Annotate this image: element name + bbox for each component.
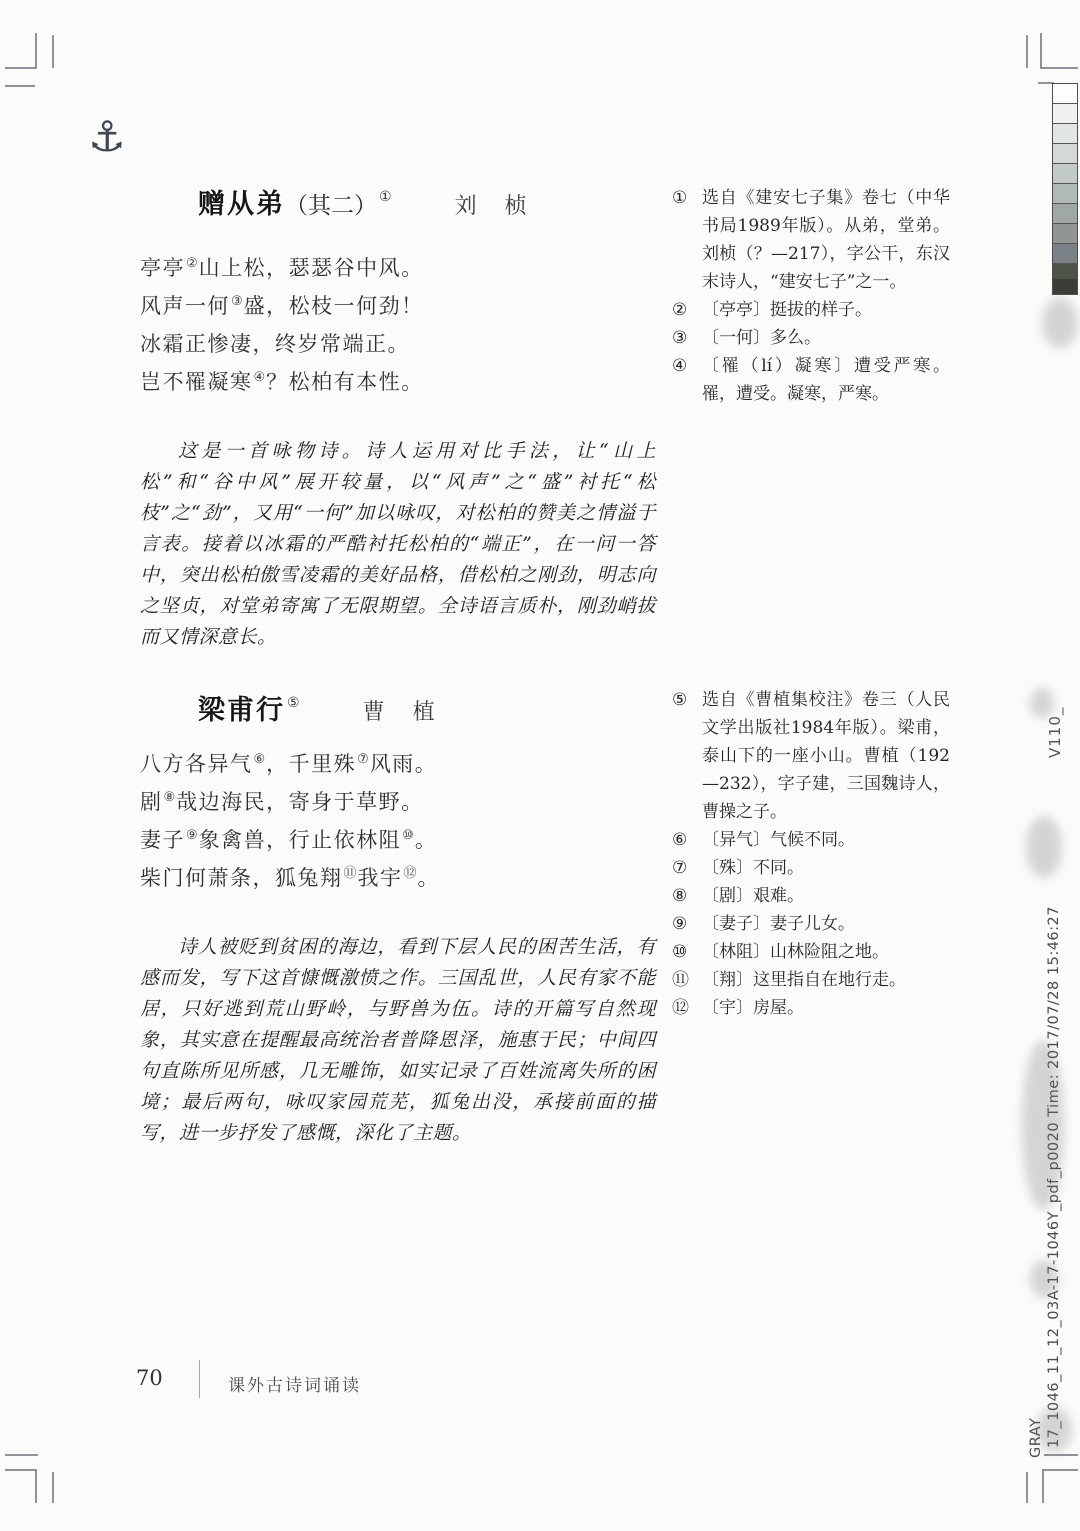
poem2-commentary: 诗人被贬到贫困的海边，看到下层人民的困苦生活，有感而发，写下这首慷慨激愤之作。三…	[140, 932, 656, 1149]
note-ref: ⑦	[357, 752, 369, 767]
crop-mark	[1040, 67, 1078, 69]
poem-line: 冰霜正惨凄，终岁常端正。	[140, 328, 424, 366]
grayscale-step	[1053, 164, 1077, 184]
poem1-note-ref: ①	[379, 189, 392, 205]
note-ref: ⑪	[344, 866, 357, 881]
note-ref: ⑥	[254, 752, 266, 767]
annotation-number: ③	[672, 324, 687, 352]
poem1-annotations: ①选自《建安七子集》卷七（中华书局1989年版）。从弟，堂弟。刘桢（？—217）…	[672, 184, 950, 408]
annotation-number: ⑦	[672, 854, 687, 882]
annotation-number: ⑪	[672, 966, 689, 994]
annotation-item: ⑩〔林阻〕山林险阻之地。	[672, 938, 950, 966]
grayscale-step	[1053, 84, 1077, 104]
poem2-title-row: 梁甫行⑤ 曹 植	[198, 688, 438, 727]
grayscale-step	[1053, 124, 1077, 144]
poem-line: 剧⑧哉边海民，寄身于草野。	[140, 786, 440, 824]
crop-mark	[1044, 1454, 1078, 1456]
scan-smudge	[1026, 816, 1062, 878]
grayscale-step	[1053, 244, 1077, 264]
poem1-commentary: 这是一首咏物诗。诗人运用对比手法，让“山上松”和“谷中风”展开较量，以“风声”之…	[140, 436, 656, 653]
poem2-note-ref: ⑤	[287, 695, 300, 711]
scan-smudge	[1030, 688, 1054, 718]
annotation-text: 〔殊〕不同。	[702, 858, 804, 878]
annotation-text: 〔剧〕艰难。	[702, 886, 804, 906]
scan-smudge	[1030, 1260, 1058, 1298]
crop-mark	[1026, 35, 1028, 68]
grayscale-step	[1053, 204, 1077, 224]
annotation-text: 〔林阻〕山林险阻之地。	[702, 942, 889, 962]
annotation-text: 选自《曹植集校注》卷三（人民文学出版社1984年版）。梁甫，泰山下的一座小山。曹…	[702, 690, 950, 822]
crop-mark	[5, 1469, 37, 1471]
crop-mark	[1042, 1469, 1078, 1471]
scan-smudge	[1022, 1040, 1064, 1210]
poem-line: 八方各异气⑥，千里殊⑦风雨。	[140, 748, 440, 786]
crop-mark	[1042, 1469, 1044, 1503]
note-ref: ⑩	[402, 828, 414, 843]
crop-mark	[52, 1472, 54, 1503]
poem1-title-paren: （其二）	[285, 193, 377, 219]
grayscale-step	[1053, 104, 1077, 124]
crop-mark	[35, 1469, 37, 1503]
annotation-text: 〔宇〕房屋。	[702, 998, 804, 1018]
annotation-number: ②	[672, 296, 687, 324]
poem1-body: 亭亭②山上松，瑟瑟谷中风。风声一何③盛，松枝一何劲！冰霜正惨凄，终岁常端正。岂不…	[140, 252, 424, 404]
poem2-author: 曹 植	[363, 700, 438, 725]
annotation-item: ⑪〔翔〕这里指自在地行走。	[672, 966, 950, 994]
note-ref: ④	[254, 370, 266, 385]
annotation-text: 〔亭亭〕挺拔的样子。	[702, 300, 872, 320]
grayscale-step	[1053, 184, 1077, 204]
grayscale-step	[1053, 279, 1077, 294]
annotation-text: 〔罹（lí）凝寒〕遭受严寒。罹，遭受。凝寒，严寒。	[702, 356, 950, 404]
poem-line: 妻子⑨象禽兽，行止依林阻⑩。	[140, 824, 440, 862]
poem-line: 亭亭②山上松，瑟瑟谷中风。	[140, 252, 424, 290]
annotation-number: ①	[672, 184, 687, 212]
footer-divider	[199, 1360, 200, 1398]
annotation-text: 〔异气〕气候不同。	[702, 830, 855, 850]
annotation-item: ⑥〔异气〕气候不同。	[672, 826, 950, 854]
scanned-textbook-page: { "page": { "number": "70", "section_tit…	[0, 0, 1080, 1531]
note-ref: ⑧	[164, 790, 176, 805]
note-ref: ②	[186, 256, 198, 271]
page-number: 70	[136, 1366, 163, 1390]
annotation-item: ③〔一何〕多么。	[672, 324, 950, 352]
crop-mark	[5, 85, 35, 87]
annotation-number: ④	[672, 352, 687, 380]
poem1-title: 赠从弟	[198, 189, 285, 220]
annotation-item: ①选自《建安七子集》卷七（中华书局1989年版）。从弟，堂弟。刘桢（？—217）…	[672, 184, 950, 296]
crop-mark	[1040, 33, 1042, 69]
poem-line: 柴门何萧条，狐兔翔⑪我宇⑫。	[140, 862, 440, 900]
crop-mark	[52, 35, 54, 68]
note-ref: ⑫	[404, 866, 417, 881]
poem1-title-row: 赠从弟（其二）① 刘 桢	[198, 182, 530, 221]
grayscale-calibration-strip	[1052, 83, 1078, 295]
annotation-item: ②〔亭亭〕挺拔的样子。	[672, 296, 950, 324]
annotation-text: 〔翔〕这里指自在地行走。	[702, 970, 906, 990]
annotation-number: ⑩	[672, 938, 687, 966]
footer-section-title: 课外古诗词诵读	[228, 1371, 361, 1396]
annotation-number: ⑫	[672, 994, 689, 1022]
anchor-icon: ⚓	[88, 116, 126, 158]
annotation-item: ⑫〔宇〕房屋。	[672, 994, 950, 1022]
annotation-number: ⑨	[672, 910, 687, 938]
crop-mark	[35, 33, 37, 69]
poem-line: 岂不罹凝寒④？松柏有本性。	[140, 366, 424, 404]
annotation-number: ⑥	[672, 826, 687, 854]
annotation-text: 选自《建安七子集》卷七（中华书局1989年版）。从弟，堂弟。刘桢（？—217），…	[702, 188, 950, 292]
poem2-title: 梁甫行	[198, 695, 285, 726]
crop-mark	[5, 1454, 38, 1456]
annotation-number: ⑧	[672, 882, 687, 910]
annotation-number: ⑤	[672, 686, 687, 714]
poem1-author: 刘 桢	[455, 194, 530, 219]
grayscale-step	[1053, 224, 1077, 244]
annotation-item: ⑤选自《曹植集校注》卷三（人民文学出版社1984年版）。梁甫，泰山下的一座小山。…	[672, 686, 950, 826]
poem2-annotations: ⑤选自《曹植集校注》卷三（人民文学出版社1984年版）。梁甫，泰山下的一座小山。…	[672, 686, 950, 1022]
note-ref: ⑨	[186, 828, 198, 843]
annotation-item: ④〔罹（lí）凝寒〕遭受严寒。罹，遭受。凝寒，严寒。	[672, 352, 950, 408]
grayscale-step	[1053, 264, 1077, 279]
annotation-item: ⑧〔剧〕艰难。	[672, 882, 950, 910]
crop-mark	[5, 67, 37, 69]
annotation-item: ⑨〔妻子〕妻子儿女。	[672, 910, 950, 938]
poem2-body: 八方各异气⑥，千里殊⑦风雨。剧⑧哉边海民，寄身于草野。妻子⑨象禽兽，行止依林阻⑩…	[140, 748, 440, 900]
annotation-item: ⑦〔殊〕不同。	[672, 854, 950, 882]
scan-smudge	[1042, 298, 1078, 348]
grayscale-step	[1053, 144, 1077, 164]
crop-mark	[1026, 1472, 1028, 1503]
scan-smudge	[1036, 1408, 1072, 1452]
poem-line: 风声一何③盛，松枝一何劲！	[140, 290, 424, 328]
annotation-text: 〔一何〕多么。	[702, 328, 821, 348]
annotation-text: 〔妻子〕妻子儿女。	[702, 914, 855, 934]
note-ref: ③	[231, 294, 243, 309]
